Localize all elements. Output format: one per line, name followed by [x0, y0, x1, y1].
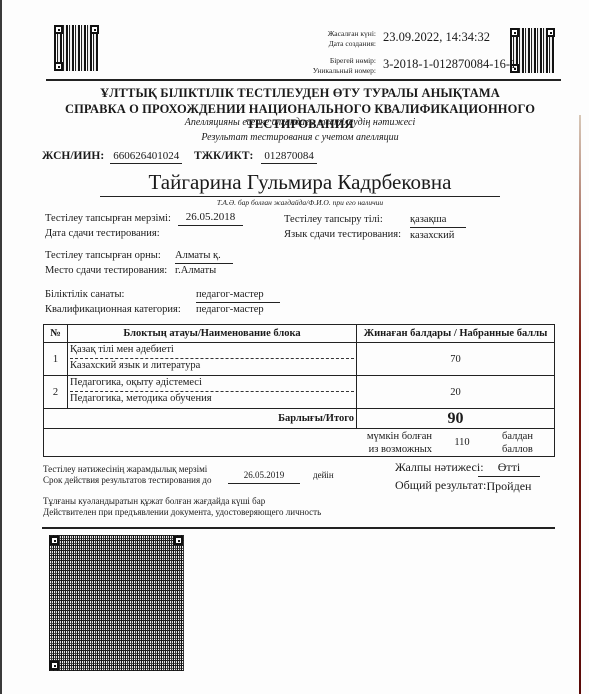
iin-row: ЖСН/ИИН: 660626401024 — [42, 150, 182, 164]
page-right-edge — [579, 115, 581, 694]
row-block-name: Педагогика, оқыту әдістемесі Педагогика,… — [68, 376, 357, 409]
category-value-ru: педагог-мастер — [196, 302, 264, 317]
language-value-ru: казахский — [410, 228, 454, 243]
qr-code-large — [49, 535, 184, 671]
row-score: 20 — [357, 376, 555, 409]
qr-code-left — [54, 25, 99, 71]
category-label: Біліктілік санаты: Квалификационная кате… — [45, 287, 181, 317]
block-name-kz: Қазақ тілі мен әдебиеті — [70, 343, 354, 359]
iin-value: 660626401024 — [110, 150, 182, 164]
place-label-ru: Место сдачи тестирования: — [45, 263, 167, 278]
qr-code-right — [510, 28, 555, 73]
block-name-ru: Педагогика, методика обучения — [70, 392, 354, 408]
points-label: балдан баллов — [492, 430, 554, 456]
name-caption: Т.А.Ә. бар болған жағдайда/Ф.И.О. при ег… — [40, 198, 560, 207]
possible-cell: мүмкін болған из возможных 110 балдан ба… — [44, 429, 555, 457]
identity-notice: Тұлғаны куәландыратын құжат болған жағда… — [43, 496, 321, 518]
notice-kz: Тұлғаны куәландыратын құжат болған жағда… — [43, 496, 321, 507]
validity-label: Тестілеу нәтижесінің жарамдылық мерзімі … — [43, 464, 211, 486]
unique-label-ru: Уникальный номер: — [300, 66, 376, 76]
possible-row: мүмкін болған из возможных 110 балдан ба… — [44, 429, 555, 457]
test-date-label-kz: Тестілеу тапсырған мерзімі: — [45, 211, 171, 226]
result-value: Өтті Пройден — [478, 458, 540, 495]
created-label-kz: Жасалған күні: — [300, 29, 376, 39]
header-block: Блоктың атауы/Наименование блока — [68, 325, 357, 343]
category-value-kz: педагог-мастер — [196, 287, 280, 303]
footer-divider — [42, 527, 555, 529]
unique-label-kz: Бірегей нөмір: — [300, 56, 376, 66]
name-underline — [100, 196, 500, 197]
validity-suffix: дейін — [313, 470, 334, 481]
language-value-kz: қазақша — [410, 212, 466, 228]
possible-value: 110 — [432, 436, 492, 449]
place-label: Тестілеу тапсырған орны: Место сдачи тес… — [45, 248, 167, 278]
place-value-ru: г.Алматы — [175, 263, 216, 278]
total-value: 90 — [357, 409, 555, 429]
subtitle-kz: Апелляцияны есепке алғандағы тестілеудің… — [40, 117, 560, 128]
possible-label-ru: из возможных — [367, 443, 432, 456]
unique-number-value: 3-2018-1-012870084-16-1 — [383, 57, 516, 72]
document-subtitle: Апелляцияны есепке алғандағы тестілеудің… — [40, 117, 560, 143]
test-date-label-ru: Дата сдачи тестирования: — [45, 226, 171, 241]
table-header-row: № Блоктың атауы/Наименование блока Жинағ… — [44, 325, 555, 343]
language-label: Тестілеу тапсыру тілі: Язык сдачи тестир… — [284, 212, 401, 242]
created-date-label: Жасалған күні: Дата создания: — [300, 29, 376, 49]
header-num: № — [44, 325, 68, 343]
subtitle-ru: Результат тестирования с учетом апелляци… — [40, 132, 560, 143]
row-score: 70 — [357, 343, 555, 376]
full-name: Тайгарина Гульмира Кадрбековна — [40, 170, 560, 195]
possible-label-kz: мүмкін болған — [367, 430, 432, 443]
page-left-edge — [0, 0, 2, 694]
ikt-row: ТЖК/ИКТ: 012870084 — [194, 150, 317, 164]
possible-label: мүмкін болған из возможных — [367, 430, 432, 456]
row-block-name: Қазақ тілі мен әдебиеті Казахский язык и… — [68, 343, 357, 376]
iin-label: ЖСН/ИИН: — [42, 150, 104, 162]
blocks-table: № Блоктың атауы/Наименование блока Жинағ… — [43, 324, 555, 457]
result-label-ru: Общий результат: — [395, 476, 486, 494]
validity-label-kz: Тестілеу нәтижесінің жарамдылық мерзімі — [43, 464, 211, 475]
created-label-ru: Дата создания: — [300, 39, 376, 49]
ikt-value: 012870084 — [261, 150, 317, 164]
total-label: Барлығы/Итого — [44, 409, 357, 429]
language-label-ru: Язык сдачи тестирования: — [284, 227, 401, 242]
block-name-kz: Педагогика, оқыту әдістемесі — [70, 376, 354, 392]
test-date-value: 26.05.2018 — [178, 210, 243, 226]
language-label-kz: Тестілеу тапсыру тілі: — [284, 212, 401, 227]
created-date-value: 23.09.2022, 14:34:32 — [383, 30, 490, 45]
header-score: Жинаған балдары / Набранные баллы — [357, 325, 555, 343]
validity-date: 26.05.2019 — [228, 470, 300, 484]
result-value-ru: Пройден — [478, 477, 540, 495]
place-label-kz: Тестілеу тапсырған орны: — [45, 248, 167, 263]
result-label-kz: Жалпы нәтижесі: — [395, 458, 486, 476]
table-row: 1 Қазақ тілі мен әдебиеті Казахский язык… — [44, 343, 555, 376]
place-value-kz: Алматы қ. — [175, 248, 233, 264]
category-label-kz: Біліктілік санаты: — [45, 287, 181, 302]
points-label-kz: балдан — [502, 430, 554, 443]
total-row: Барлығы/Итого 90 — [44, 409, 555, 429]
title-kz: ҰЛТТЫҚ БІЛІКТІЛІК ТЕСТІЛЕУДЕН ӨТУ ТУРАЛЫ… — [40, 86, 560, 101]
row-num: 2 — [44, 376, 68, 409]
full-name-block: Тайгарина Гульмира Кадрбековна — [40, 170, 560, 195]
validity-label-ru: Срок действия результатов тестирования д… — [43, 475, 211, 486]
test-date-label: Тестілеу тапсырған мерзімі: Дата сдачи т… — [45, 211, 171, 241]
ikt-label: ТЖК/ИКТ: — [194, 150, 253, 162]
result-value-kz: Өтті — [478, 458, 540, 477]
result-label: Жалпы нәтижесі: Общий результат: — [395, 458, 486, 494]
unique-number-label: Бірегей нөмір: Уникальный номер: — [300, 56, 376, 76]
block-name-ru: Казахский язык и литература — [70, 359, 354, 375]
header-divider — [46, 79, 561, 81]
row-num: 1 — [44, 343, 68, 376]
points-label-ru: баллов — [502, 443, 554, 456]
category-label-ru: Квалификационная категория: — [45, 302, 181, 317]
table-row: 2 Педагогика, оқыту әдістемесі Педагогик… — [44, 376, 555, 409]
notice-ru: Действителен при предъявлении документа,… — [43, 507, 321, 518]
